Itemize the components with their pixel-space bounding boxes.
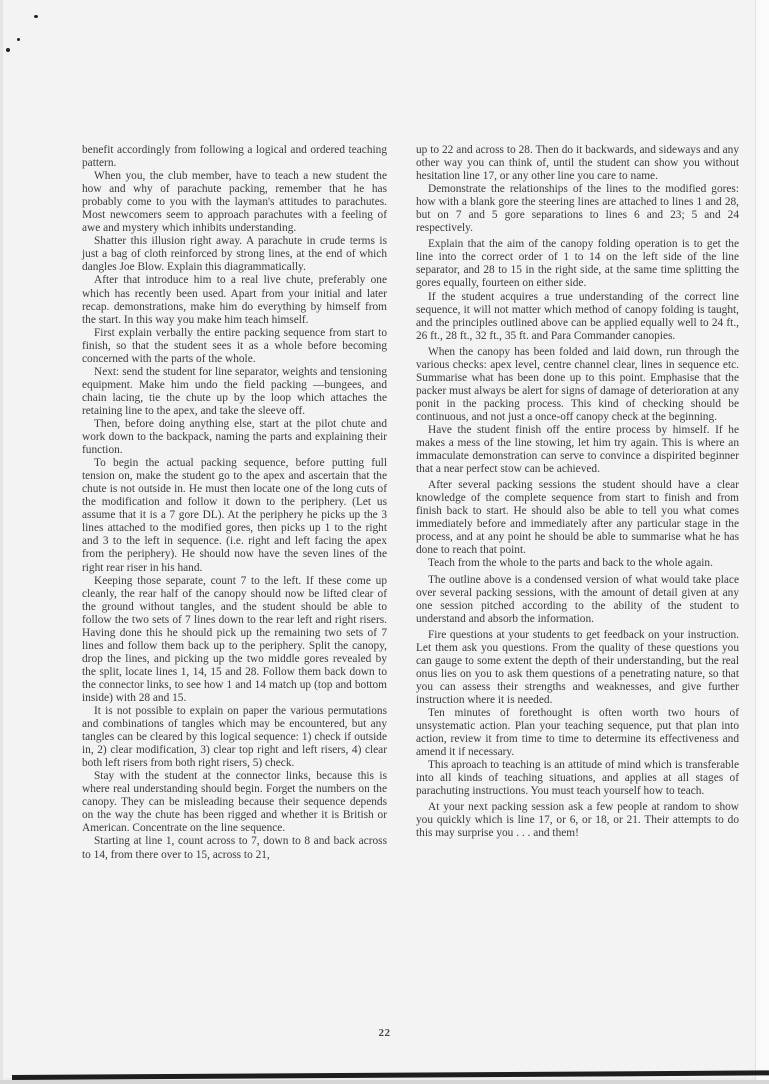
paragraph: Stay with the student at the connector l… xyxy=(82,770,387,835)
right-text-column: up to 22 and across to 28. Then do it ba… xyxy=(416,144,739,840)
paragraph: After several packing sessions the stude… xyxy=(416,479,739,557)
paragraph: Shatter this illusion right away. A para… xyxy=(82,235,387,274)
scan-speck xyxy=(6,48,10,52)
paragraph: Then, before doing anything else, start … xyxy=(82,418,387,457)
paragraph: The outline above is a condensed version… xyxy=(416,574,739,626)
page-right-edge xyxy=(755,0,769,1084)
paragraph: Have the student finish off the entire p… xyxy=(416,424,739,476)
paragraph: When you, the club member, have to teach… xyxy=(82,170,387,235)
page-number: 22 xyxy=(0,1027,769,1039)
paragraph: This aproach to teaching is an attitude … xyxy=(416,759,739,798)
paragraph: Fire questions at your students to get f… xyxy=(416,629,739,707)
paragraph: Explain that the aim of the canopy foldi… xyxy=(416,238,739,290)
paragraph: Demonstrate the relationships of the lin… xyxy=(416,183,739,235)
paragraph: After that introduce him to a real live … xyxy=(82,274,387,326)
paragraph: When the canopy has been folded and laid… xyxy=(416,346,739,424)
paragraph: Ten minutes of forethought is often wort… xyxy=(416,707,739,759)
paragraph: It is not possible to explain on paper t… xyxy=(82,705,387,770)
paragraph: Next: send the student for line separato… xyxy=(82,366,387,418)
paragraph: First explain verbally the entire packin… xyxy=(82,327,387,366)
page-left-edge xyxy=(0,0,3,1084)
paragraph: benefit accordingly from following a log… xyxy=(82,144,387,170)
paragraph: Starting at line 1, count across to 7, d… xyxy=(82,835,387,861)
paragraph: To begin the actual packing sequence, be… xyxy=(82,457,387,574)
paragraph: up to 22 and across to 28. Then do it ba… xyxy=(416,144,739,183)
paragraph: If the student acquires a true understan… xyxy=(416,291,739,343)
paragraph: At your next packing session ask a few p… xyxy=(416,801,739,840)
page-bottom-edge xyxy=(0,1080,769,1084)
scan-speck xyxy=(17,38,20,41)
scan-speck xyxy=(34,15,38,18)
paragraph: Keeping those separate, count 7 to the l… xyxy=(82,575,387,705)
left-text-column: benefit accordingly from following a log… xyxy=(82,144,387,862)
paragraph: Teach from the whole to the parts and ba… xyxy=(416,557,739,570)
